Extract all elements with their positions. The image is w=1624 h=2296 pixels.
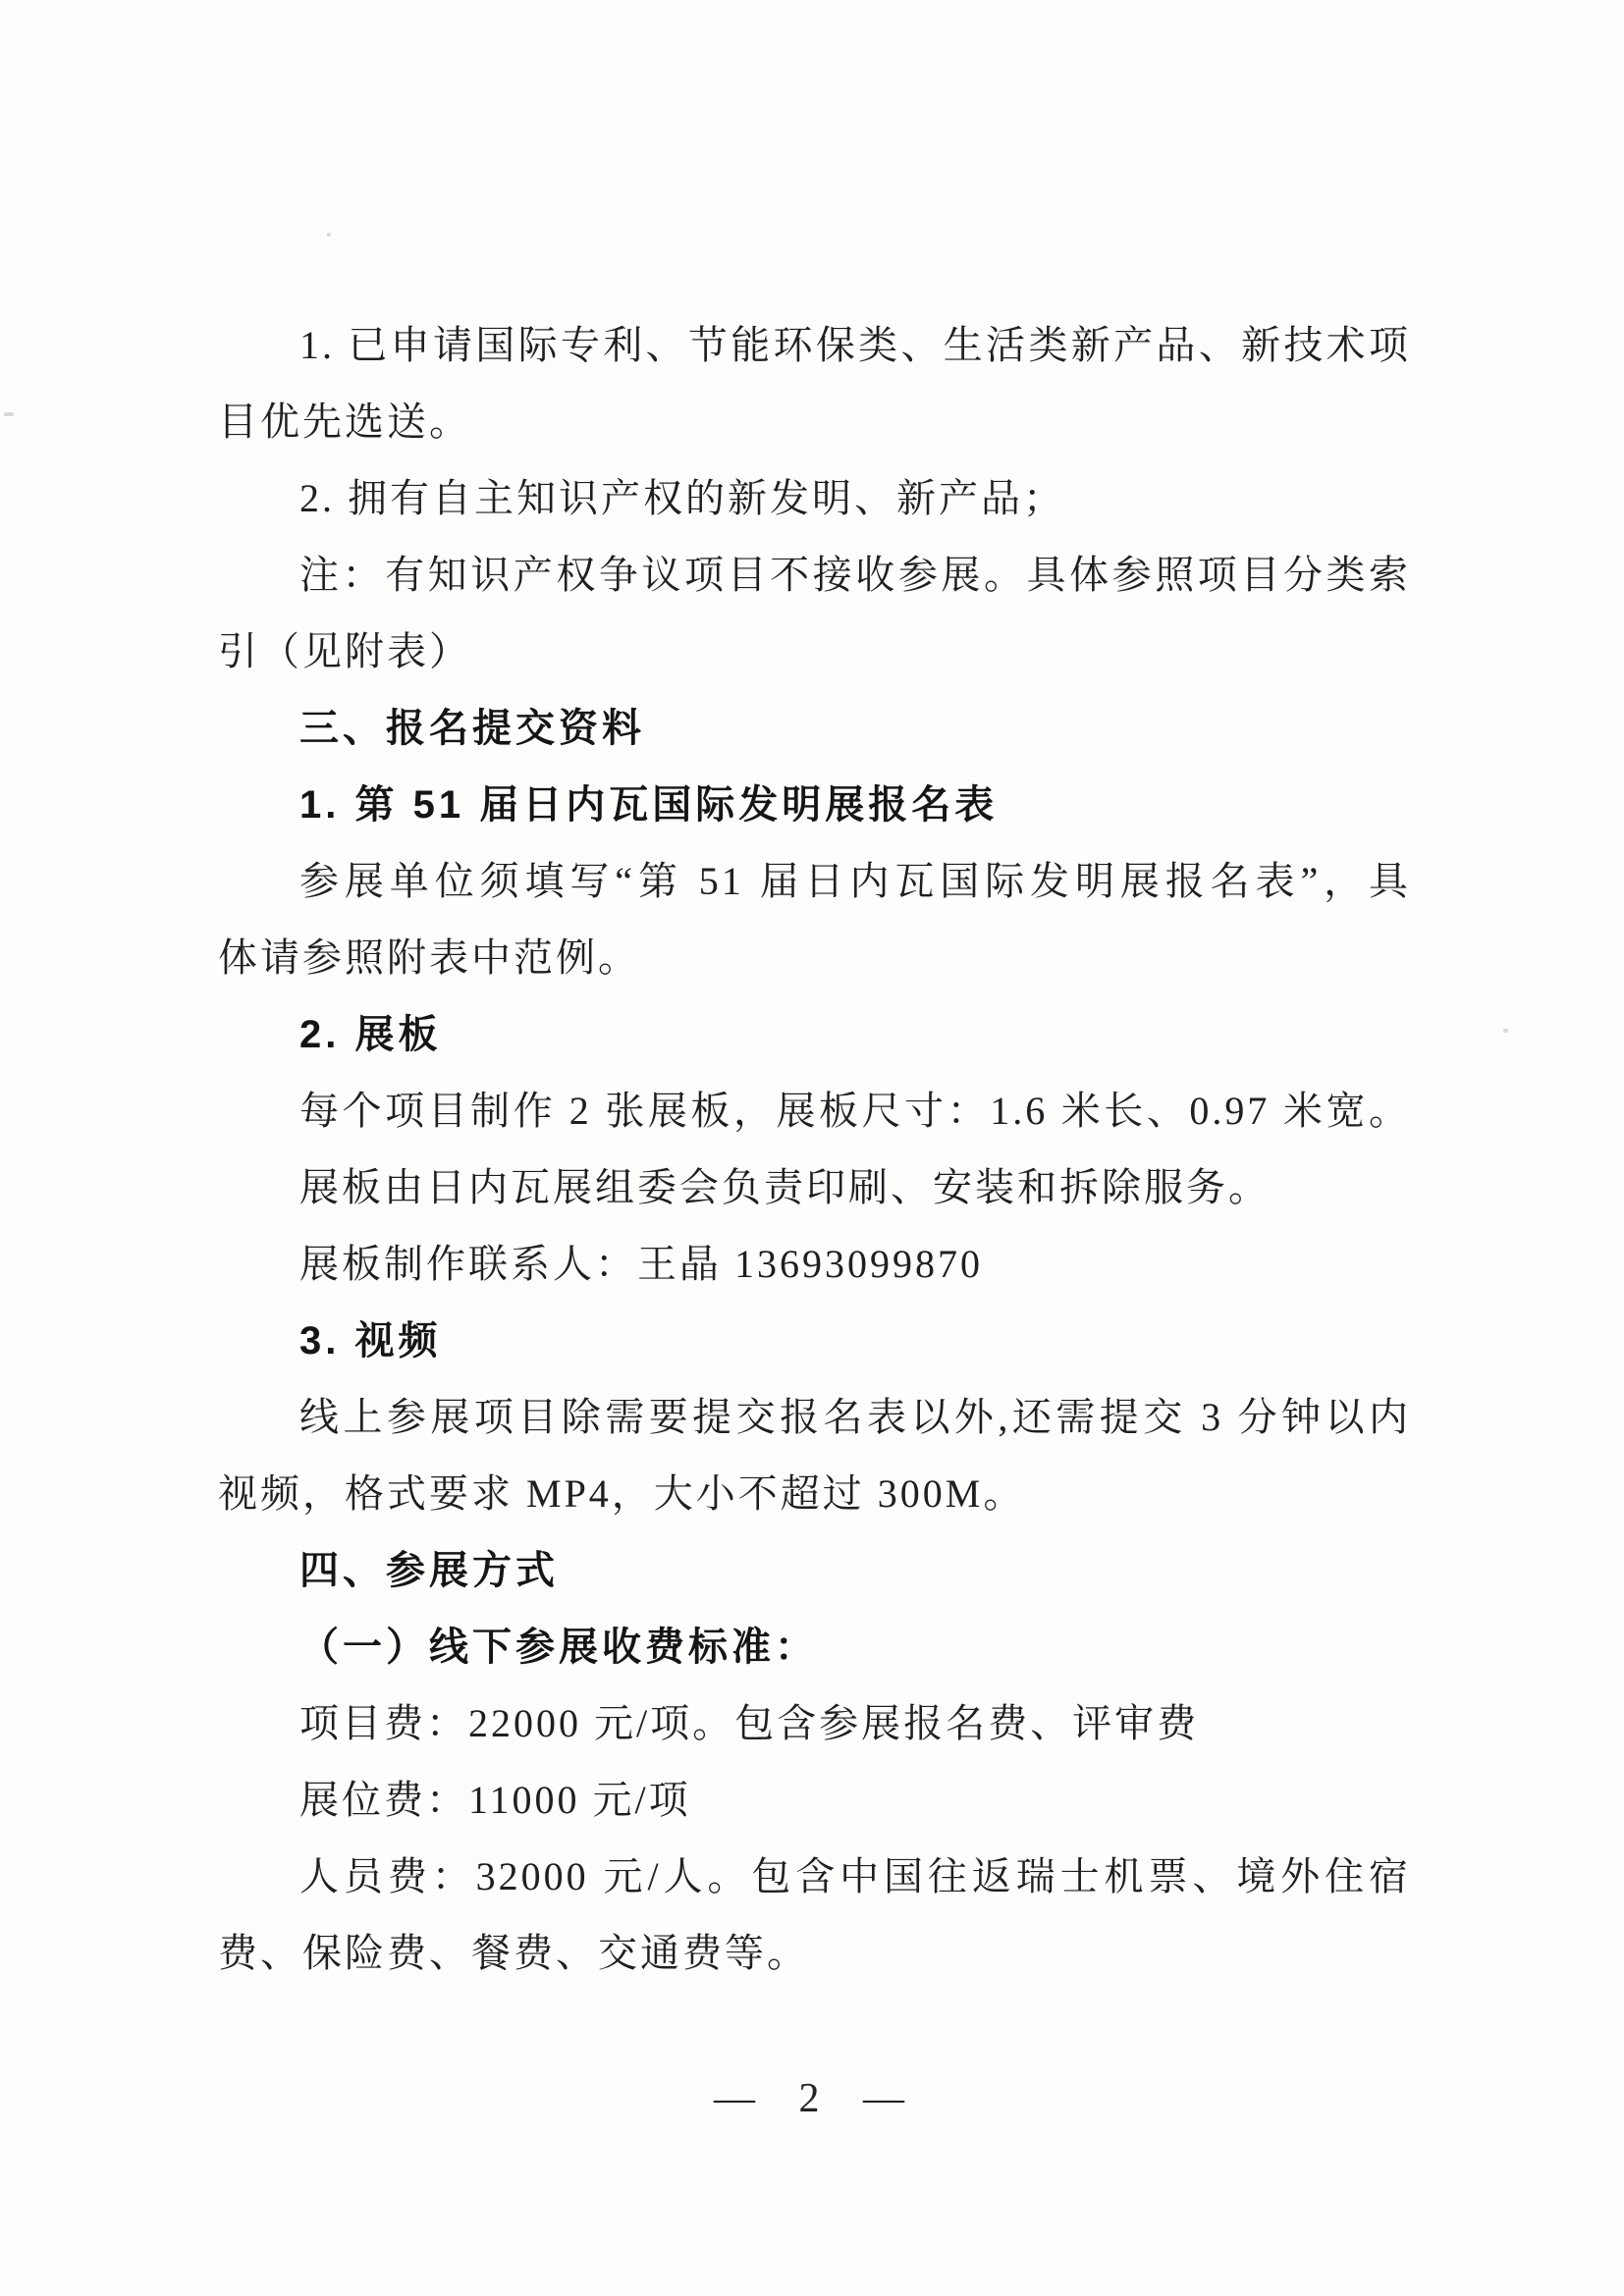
doc-heading-line: 2. 展板 [218, 996, 1411, 1073]
doc-text-line: 引（见附表） [218, 614, 1411, 690]
doc-heading-line: 3. 视频 [218, 1303, 1411, 1379]
doc-text-line: 项目费：22000 元/项。包含参展报名费、评审费 [218, 1685, 1411, 1762]
doc-text-line: 视频，格式要求 MP4，大小不超过 300M。 [218, 1456, 1411, 1532]
doc-text-line: 每个项目制作 2 张展板，展板尺寸：1.6 米长、0.97 米宽。 [218, 1073, 1411, 1149]
doc-heading-line: 1. 第 51 届日内瓦国际发明展报名表 [218, 767, 1411, 843]
page-number: — 2 — [0, 2069, 1624, 2128]
doc-text-line: 1. 已申请国际专利、节能环保类、生活类新产品、新技术项 [218, 307, 1411, 384]
doc-text-line: 线上参展项目除需要提交报名表以外,还需提交 3 分钟以内 [218, 1379, 1411, 1456]
doc-heading-line: （一）线下参展收费标准： [218, 1609, 1411, 1685]
document-page: 1. 已申请国际专利、节能环保类、生活类新产品、新技术项目优先选送。2. 拥有自… [0, 0, 1624, 2296]
document-body: 1. 已申请国际专利、节能环保类、生活类新产品、新技术项目优先选送。2. 拥有自… [218, 307, 1411, 1992]
doc-text-line: 人员费：32000 元/人。包含中国往返瑞士机票、境外住宿 [218, 1839, 1411, 1915]
doc-text-line: 2. 拥有自主知识产权的新发明、新产品； [218, 460, 1411, 537]
doc-text-line: 展板制作联系人：王晶 13693099870 [218, 1226, 1411, 1303]
doc-heading-line: 三、报名提交资料 [218, 690, 1411, 767]
doc-heading-line: 四、参展方式 [218, 1532, 1411, 1609]
doc-text-line: 展位费：11000 元/项 [218, 1762, 1411, 1839]
paper-speck [4, 412, 14, 416]
doc-text-line: 注：有知识产权争议项目不接收参展。具体参照项目分类索 [218, 537, 1411, 614]
doc-text-line: 展板由日内瓦展组委会负责印刷、安装和拆除服务。 [218, 1149, 1411, 1226]
paper-speck [1503, 1029, 1508, 1033]
doc-text-line: 费、保险费、餐费、交通费等。 [218, 1915, 1411, 1992]
paper-speck [327, 233, 331, 237]
doc-text-line: 体请参照附表中范例。 [218, 920, 1411, 996]
doc-text-line: 目优先选送。 [218, 384, 1411, 460]
doc-text-line: 参展单位须填写“第 51 届日内瓦国际发明展报名表”，具 [218, 843, 1411, 920]
